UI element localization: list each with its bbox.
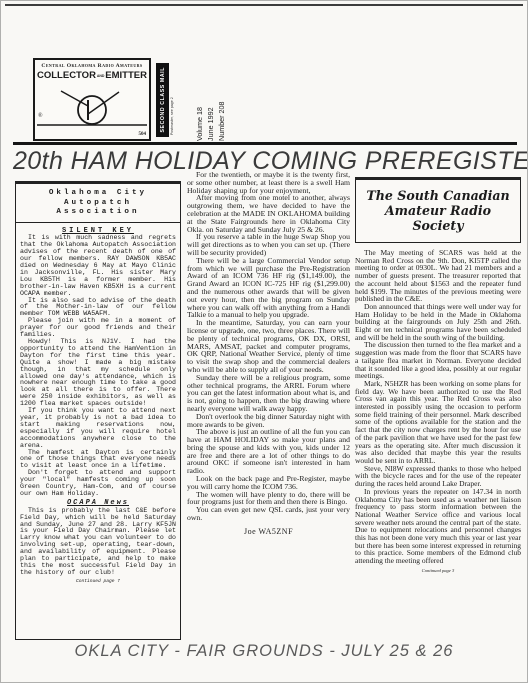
editor-paragraph: The hamfest at Dayton is certainly one o… (20, 450, 176, 471)
left-continued-note: Continued page 7 (20, 579, 176, 586)
silent-key-paragraph: Please join with me in a moment of praye… (20, 318, 176, 339)
scan-edge-line (5, 4, 523, 6)
left-column-title-box: Oklahoma CityAutopatchAssociation (16, 184, 180, 223)
article-paragraph: Sunday there will be a religious program… (187, 374, 350, 413)
left-title-line: Association (18, 208, 178, 218)
issue-info-line: Number 208 (216, 69, 227, 141)
postmaster-note: Postmaster, see page 2 (170, 65, 174, 135)
article-paragraph: The above is just an outline of all the … (187, 428, 350, 475)
editor-paragraph: If you think you want to attend next yea… (20, 408, 176, 449)
scars-paragraph: In previous years the repeater on 147.34… (355, 488, 521, 565)
editor-paragraph: Howdy! This is NJ1V. I had the opportuni… (20, 339, 176, 408)
scars-paragraph: Don announced that things were well unde… (355, 303, 521, 342)
ocapa-section: This is probably the last C&E before Fie… (20, 508, 176, 577)
issue-info-line: June 1992 (205, 69, 216, 141)
right-continued-note: Continued page 3 (355, 567, 521, 575)
issue-info: Volume 18June 1992Number 208 (194, 69, 227, 141)
right-column: The South CanadianAmateur Radio Society … (355, 177, 521, 635)
newsletter-title: COLLECTOR AND EMITTER (35, 70, 149, 81)
scars-paragraph: Steve, NI8W expressed thanks to those wh… (355, 465, 521, 488)
middle-column: For the twentieth, or maybe it is the tw… (187, 171, 350, 633)
footer-banner: OKLA CITY - FAIR GROUNDS - JULY 25 & 26 (1, 642, 527, 661)
left-column: Oklahoma CityAutopatchAssociation SILENT… (15, 181, 181, 640)
article-paragraph: The women will have plenty to do, there … (187, 491, 350, 507)
title-emitter: EMITTER (105, 70, 147, 81)
issue-info-line: Volume 18 (194, 69, 205, 141)
silent-key-paragraph: It is also sad to advise of the death of… (20, 298, 176, 319)
article-signature: Joe WA5ZNF (187, 528, 350, 536)
silent-key-section: It is with much sadness and regrets that… (20, 235, 176, 339)
ocapa-news-heading: OCAPA News (20, 500, 176, 507)
article-paragraph: In the meantime, Saturday, you can earn … (187, 319, 350, 374)
article-paragraph: There will be a large Commercial Vendor … (187, 257, 350, 319)
article-paragraph: You can even get new QSL cards, just you… (187, 506, 350, 522)
left-title-line: Autopatch (18, 199, 178, 209)
editor-section: Howdy! This is NJ1V. I had the opportuni… (20, 339, 176, 498)
silent-key-heading: SILENT KEY (20, 228, 176, 235)
newsletter-logo: Central Oklahoma Radio Amateurs COLLECTO… (33, 58, 151, 141)
permit-number: 504 (139, 132, 147, 137)
scars-title-box: The South CanadianAmateur Radio Society (355, 177, 521, 243)
ocapa-paragraph: This is probably the last C&E before Fie… (20, 508, 176, 577)
editor-paragraph: Don't forget to attend and support your … (20, 470, 176, 498)
scars-title-line: The South Canadian (359, 188, 517, 203)
ham-holiday-article: For the twentieth, or maybe it is the tw… (187, 171, 350, 522)
article-paragraph: For the twentieth, or maybe it is the tw… (187, 171, 350, 194)
scars-title-line: Amateur Radio Society (359, 203, 517, 233)
second-class-mail-stamp: SECOND CLASS MAIL (156, 63, 169, 137)
article-paragraph: Look on the back page and Pre-Register, … (187, 475, 350, 491)
title-and: AND (97, 74, 105, 78)
registered-trademark-icon: ® (38, 113, 43, 119)
left-title-line: Oklahoma City (18, 189, 178, 199)
title-collector: COLLECTOR (37, 70, 96, 81)
newsletter-page: Central Oklahoma Radio Amateurs COLLECTO… (0, 0, 528, 683)
scars-paragraph: The May meeting of SCARS was held at the… (355, 249, 521, 303)
silent-key-paragraph: It is with much sadness and regrets that… (20, 235, 176, 297)
article-paragraph: Don't overlook the big dinner Saturday n… (187, 413, 350, 429)
organization-name: Central Oklahoma Radio Amateurs (35, 63, 149, 69)
article-paragraph: If you reserve a table in the huge Swap … (187, 233, 350, 256)
stamp-label: SECOND CLASS MAIL (160, 67, 166, 133)
left-column-body: SILENT KEY It is with much sadness and r… (16, 223, 180, 586)
scars-paragraph: Mark, N5HZR has been working on some pla… (355, 380, 521, 465)
article-paragraph: After moving from one motel to another, … (187, 194, 350, 233)
scars-paragraph: The discussion then turned to the flea m… (355, 341, 521, 380)
transistor-symbol-icon (35, 89, 149, 131)
scars-article: The May meeting of SCARS was held at the… (355, 249, 521, 565)
